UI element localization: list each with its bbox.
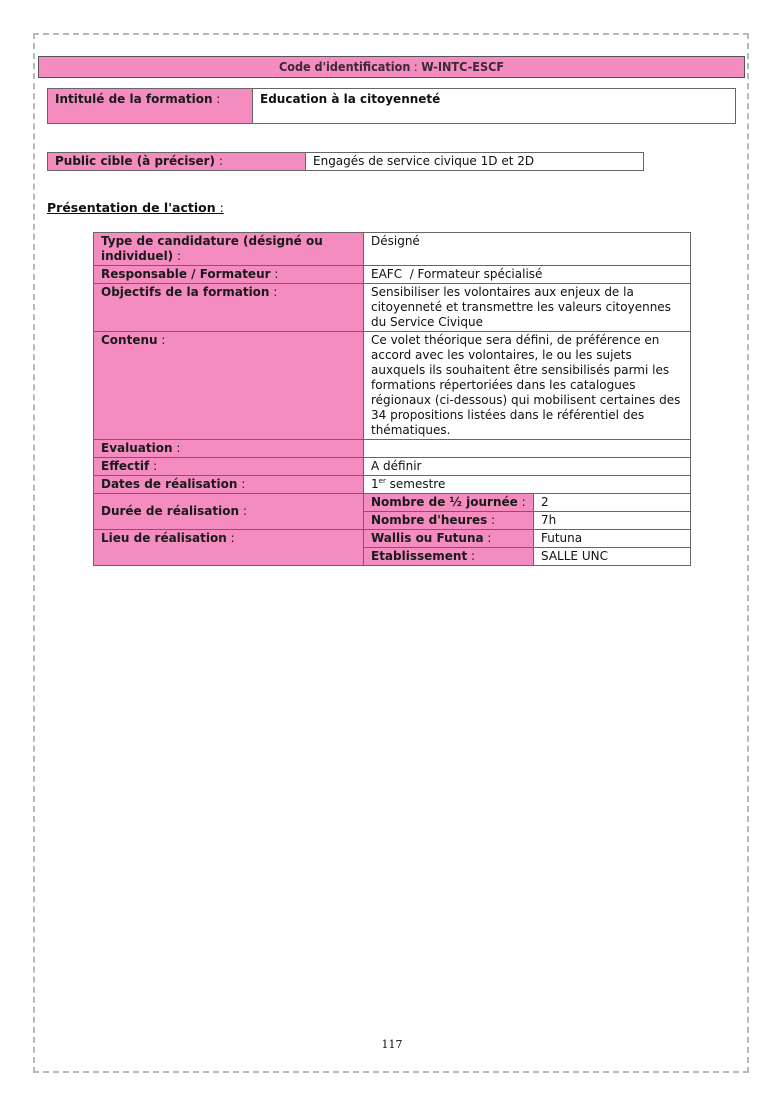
- effectif-value: A définir: [364, 458, 691, 476]
- code-separator: :: [410, 59, 421, 74]
- effectif-label: Effectif: [101, 459, 149, 473]
- etablissement-label: Etablissement: [371, 549, 467, 563]
- public-cible-table: Public cible (à préciser) : Engagés de s…: [47, 152, 644, 171]
- dates-value-text: semestre: [386, 477, 446, 491]
- lieu-label-cell: Lieu de réalisation :: [94, 530, 364, 566]
- colon: :: [269, 285, 277, 299]
- intitule-colon: :: [212, 92, 220, 106]
- contenu-label-cell: Contenu :: [94, 332, 364, 440]
- demi-journee-label-cell: Nombre de ½ journée :: [364, 494, 534, 512]
- contenu-label: Contenu: [101, 333, 158, 347]
- colon: :: [158, 333, 166, 347]
- table-row: Responsable / Formateur : EAFC / Formate…: [94, 266, 691, 284]
- colon: :: [173, 249, 181, 263]
- public-colon: :: [215, 154, 223, 168]
- intitule-table: Intitulé de la formation : Education à l…: [47, 88, 736, 124]
- duree-label-cell: Durée de réalisation :: [94, 494, 364, 530]
- heures-label: Nombre d'heures: [371, 513, 487, 527]
- colon: :: [487, 513, 495, 527]
- section-title: Présentation de l'action :: [47, 200, 224, 215]
- duree-label: Durée de réalisation: [101, 504, 239, 518]
- public-value: Engagés de service civique 1D et 2D: [306, 153, 644, 171]
- intitule-value: Education à la citoyenneté: [253, 89, 736, 124]
- evaluation-value: [364, 440, 691, 458]
- table-row: Durée de réalisation : Nombre de ½ journ…: [94, 494, 691, 512]
- dates-label: Dates de réalisation: [101, 477, 237, 491]
- effectif-label-cell: Effectif :: [94, 458, 364, 476]
- responsable-label: Responsable / Formateur: [101, 267, 271, 281]
- identification-code-banner: Code d'identification : W-INTC-ESCF: [38, 56, 745, 78]
- intitule-label: Intitulé de la formation: [55, 92, 212, 106]
- colon: :: [484, 531, 492, 545]
- responsable-value: EAFC / Formateur spécialisé: [364, 266, 691, 284]
- public-label: Public cible (à préciser): [55, 154, 215, 168]
- objectifs-label-cell: Objectifs de la formation :: [94, 284, 364, 332]
- public-row: Public cible (à préciser) : Engagés de s…: [48, 153, 644, 171]
- table-row: Type de candidature (désigné ou individu…: [94, 233, 691, 266]
- heures-label-cell: Nombre d'heures :: [364, 512, 534, 530]
- code-value: W-INTC-ESCF: [421, 59, 504, 74]
- dates-value: 1er semestre: [364, 476, 691, 494]
- dates-label-cell: Dates de réalisation :: [94, 476, 364, 494]
- colon: :: [518, 495, 526, 509]
- table-row: Evaluation :: [94, 440, 691, 458]
- etablissement-value: SALLE UNC: [534, 548, 691, 566]
- demi-journee-label: Nombre de ½ journée: [371, 495, 518, 509]
- colon: :: [467, 549, 475, 563]
- intitule-label-cell: Intitulé de la formation :: [48, 89, 253, 124]
- contenu-value: Ce volet théorique sera défini, de préfé…: [364, 332, 691, 440]
- table-row: Dates de réalisation : 1er semestre: [94, 476, 691, 494]
- ile-value: Futuna: [534, 530, 691, 548]
- type-candidature-label: Type de candidature (désigné ou individu…: [101, 234, 323, 263]
- table-row: Lieu de réalisation : Wallis ou Futuna :…: [94, 530, 691, 548]
- colon: :: [239, 504, 247, 518]
- demi-journee-value: 2: [534, 494, 691, 512]
- section-title-colon: :: [216, 200, 224, 215]
- code-label: Code d'identification: [279, 59, 410, 74]
- etablissement-label-cell: Etablissement :: [364, 548, 534, 566]
- action-details-table: Type de candidature (désigné ou individu…: [93, 232, 691, 566]
- colon: :: [271, 267, 279, 281]
- table-row: Effectif : A définir: [94, 458, 691, 476]
- table-row: Objectifs de la formation : Sensibiliser…: [94, 284, 691, 332]
- lieu-label: Lieu de réalisation: [101, 531, 227, 545]
- page-number: 117: [0, 1038, 784, 1051]
- dates-value-ordinal: er: [379, 477, 386, 485]
- ile-label-cell: Wallis ou Futuna :: [364, 530, 534, 548]
- intitule-row: Intitulé de la formation : Education à l…: [48, 89, 736, 124]
- responsable-label-cell: Responsable / Formateur :: [94, 266, 364, 284]
- type-candidature-label-cell: Type de candidature (désigné ou individu…: [94, 233, 364, 266]
- evaluation-label: Evaluation: [101, 441, 173, 455]
- section-title-text: Présentation de l'action: [47, 200, 216, 215]
- table-row: Contenu : Ce volet théorique sera défini…: [94, 332, 691, 440]
- evaluation-label-cell: Evaluation :: [94, 440, 364, 458]
- objectifs-value: Sensibiliser les volontaires aux enjeux …: [364, 284, 691, 332]
- heures-value: 7h: [534, 512, 691, 530]
- ile-label: Wallis ou Futuna: [371, 531, 484, 545]
- colon: :: [237, 477, 245, 491]
- public-label-cell: Public cible (à préciser) :: [48, 153, 306, 171]
- type-candidature-value: Désigné: [364, 233, 691, 266]
- colon: :: [149, 459, 157, 473]
- objectifs-label: Objectifs de la formation: [101, 285, 269, 299]
- dates-value-number: 1: [371, 477, 379, 491]
- colon: :: [227, 531, 235, 545]
- colon: :: [173, 441, 181, 455]
